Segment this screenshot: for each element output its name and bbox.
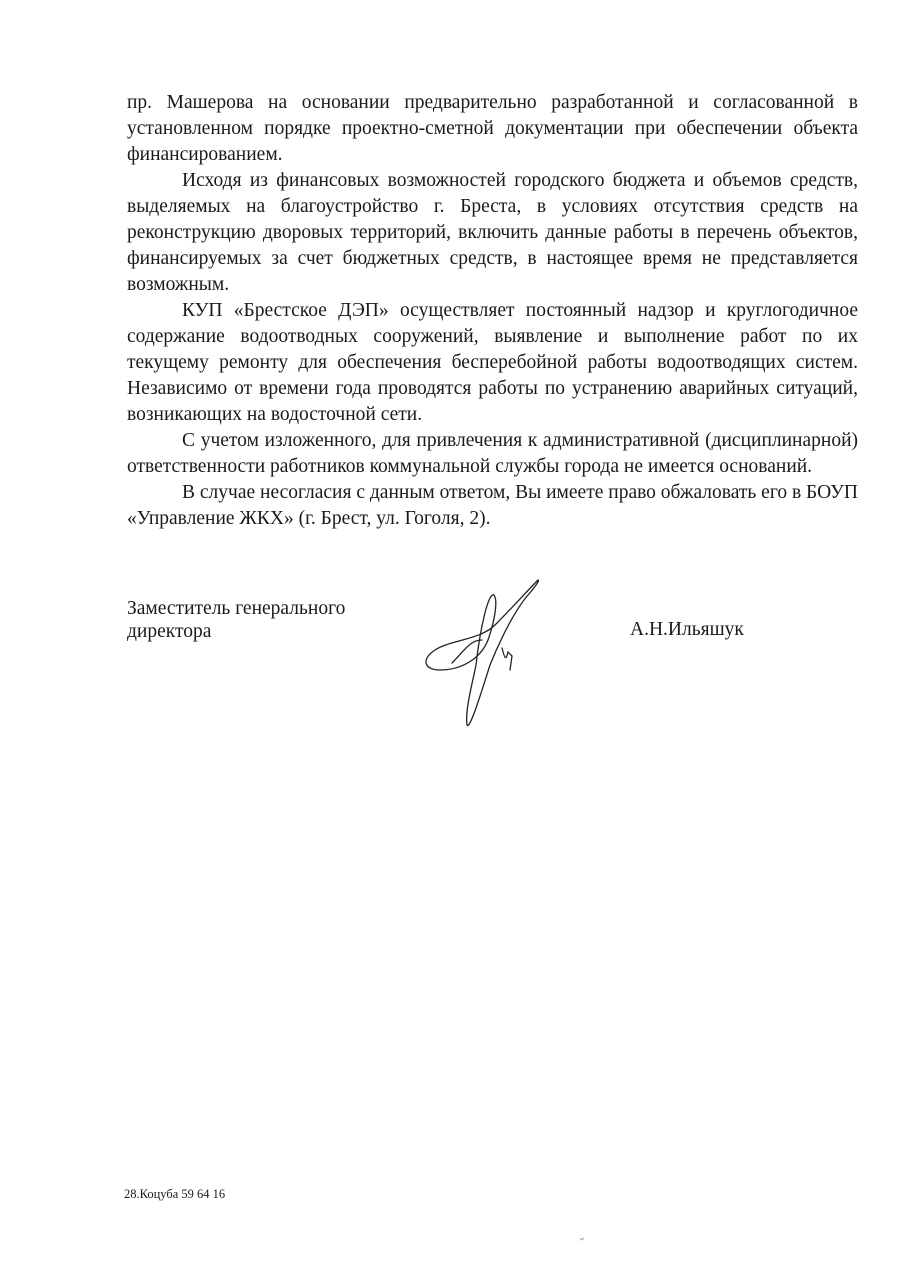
paragraph-4: С учетом изложенного, для привлечения к … — [127, 428, 858, 480]
paragraph-1: пр. Машерова на основании предварительно… — [127, 90, 858, 168]
paragraph-5: В случае несогласия с данным ответом, Вы… — [127, 480, 858, 532]
signatory-title-line2: директора — [127, 620, 345, 643]
paragraph-3: КУП «Брестское ДЭП» осуществляет постоян… — [127, 298, 858, 428]
paragraph-2: Исходя из финансовых возможностей городс… — [127, 168, 858, 298]
signatory-name: А.Н.Ильяшук — [630, 618, 744, 641]
signatory-title: Заместитель генерального директора — [127, 597, 345, 643]
signatory-title-line1: Заместитель генерального — [127, 597, 345, 620]
handwritten-signature-icon — [410, 570, 560, 740]
letter-body: пр. Машерова на основании предварительно… — [127, 90, 858, 532]
scan-artifact — [580, 1237, 584, 1240]
footer-note: 28.Коцуба 59 64 16 — [124, 1187, 225, 1202]
